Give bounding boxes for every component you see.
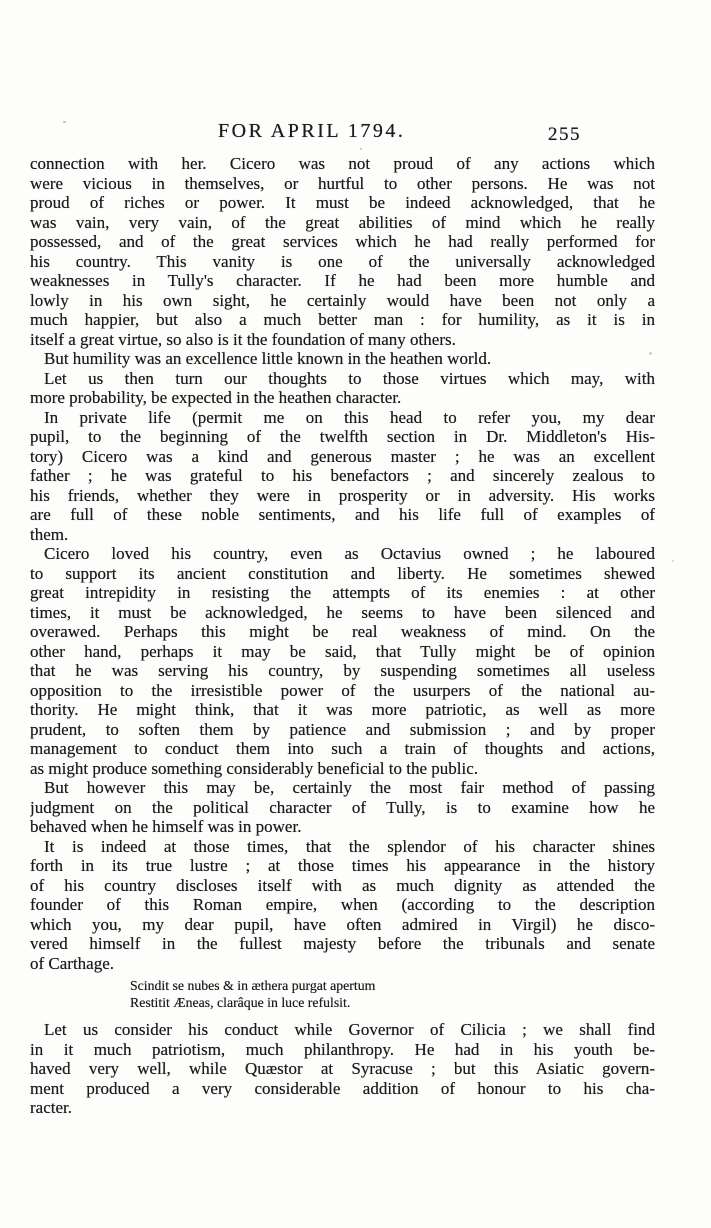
- paragraph: Let us consider his conduct while Govern…: [30, 1020, 655, 1118]
- text-line: overawed. Perhaps this might be real wea…: [30, 622, 655, 642]
- text-line: more probability, be expected in the hea…: [30, 388, 655, 408]
- text-line: weaknesses in Tully's character. If he h…: [30, 271, 655, 291]
- text-line: ment produced a very considerable additi…: [30, 1079, 655, 1099]
- text-line: his friends, whether they were in prospe…: [30, 486, 655, 506]
- text-line: which you, my dear pupil, have often adm…: [30, 915, 655, 935]
- paragraph: Cicero loved his country, even as Octavi…: [30, 544, 655, 778]
- scanned-book-page: FOR APRIL 1794. 255 connection with her.…: [0, 0, 711, 1228]
- text-line: opposition to the irresistible power of …: [30, 681, 655, 701]
- text-line: them.: [30, 525, 655, 545]
- text-line: founder of this Roman empire, when (acco…: [30, 895, 655, 915]
- paragraph: Let us then turn our thoughts to those v…: [30, 369, 655, 408]
- page-header-title: FOR APRIL 1794.: [218, 120, 405, 143]
- text-line: other hand, perhaps it may be said, that…: [30, 642, 655, 662]
- text-line: of Carthage.: [30, 954, 655, 974]
- text-line: father ; he was grateful to his benefact…: [30, 466, 655, 486]
- paragraph: But however this may be, certainly the m…: [30, 778, 655, 837]
- text-line: Restitit Æneas, clarâque in luce refulsi…: [130, 994, 655, 1011]
- scan-speck: [63, 121, 66, 123]
- text-line: Let us then turn our thoughts to those v…: [30, 369, 655, 389]
- text-line: times, it must be acknowledged, he seems…: [30, 603, 655, 623]
- text-line: Let us consider his conduct while Govern…: [30, 1020, 655, 1040]
- text-line: proud of riches or power. It must be ind…: [30, 193, 655, 213]
- text-line: much happier, but also a much better man…: [30, 310, 655, 330]
- text-line: thority. He might think, that it was mor…: [30, 700, 655, 720]
- text-line: possessed, and of the great services whi…: [30, 232, 655, 252]
- text-line: itself a great virtue, so also is it the…: [30, 330, 655, 350]
- text-line: In private life (permit me on this head …: [30, 408, 655, 428]
- scan-speck: [672, 560, 674, 562]
- paragraph: It is indeed at those times, that the sp…: [30, 837, 655, 974]
- text-line: tory) Cicero was a kind and generous mas…: [30, 447, 655, 467]
- text-line: racter.: [30, 1098, 655, 1118]
- text-line: vered himself in the fullest majesty bef…: [30, 934, 655, 954]
- text-line: in it much patriotism, much philanthropy…: [30, 1040, 655, 1060]
- running-head: FOR APRIL 1794. 255: [30, 118, 655, 154]
- text-line: are full of these noble sentiments, and …: [30, 505, 655, 525]
- text-line: great intrepidity in resisting the attem…: [30, 583, 655, 603]
- text-line: connection with her. Cicero was not prou…: [30, 154, 655, 174]
- text-line: were vicious in themselves, or hurtful t…: [30, 174, 655, 194]
- text-line: pupil, to the beginning of the twelfth s…: [30, 427, 655, 447]
- text-line: of his country discloses itself with as …: [30, 876, 655, 896]
- text-line: But however this may be, certainly the m…: [30, 778, 655, 798]
- text-line: prudent, to soften them by patience and …: [30, 720, 655, 740]
- text-line: haved very well, while Quæstor at Syracu…: [30, 1059, 655, 1079]
- text-line: that he was serving his country, by susp…: [30, 661, 655, 681]
- text-line: as might produce something considerably …: [30, 759, 655, 779]
- text-line: Cicero loved his country, even as Octavi…: [30, 544, 655, 564]
- paragraph: In private life (permit me on this head …: [30, 408, 655, 545]
- paragraph: But humility was an excellence little kn…: [30, 349, 655, 369]
- text-line: But humility was an excellence little kn…: [30, 349, 655, 369]
- paragraph: connection with her. Cicero was not prou…: [30, 154, 655, 349]
- text-line: judgment on the political character of T…: [30, 798, 655, 818]
- text-line: to support its ancient constitution and …: [30, 564, 655, 584]
- text-line: was vain, very vain, of the great abilit…: [30, 213, 655, 233]
- scan-speck: [360, 148, 362, 150]
- page-number: 255: [548, 124, 581, 146]
- text-line: his country. This vanity is one of the u…: [30, 252, 655, 272]
- text-line: management to conduct them into such a t…: [30, 739, 655, 759]
- text-line: It is indeed at those times, that the sp…: [30, 837, 655, 857]
- latin-quote: Scindit se nubes & in æthera purgat aper…: [130, 977, 655, 1011]
- text-column: connection with her. Cicero was not prou…: [30, 154, 655, 1118]
- text-line: Scindit se nubes & in æthera purgat aper…: [130, 977, 655, 994]
- text-line: forth in its true lustre ; at those time…: [30, 856, 655, 876]
- text-line: lowly in his own sight, he certainly wou…: [30, 291, 655, 311]
- scan-speck: [649, 352, 652, 355]
- text-line: behaved when he himself was in power.: [30, 817, 655, 837]
